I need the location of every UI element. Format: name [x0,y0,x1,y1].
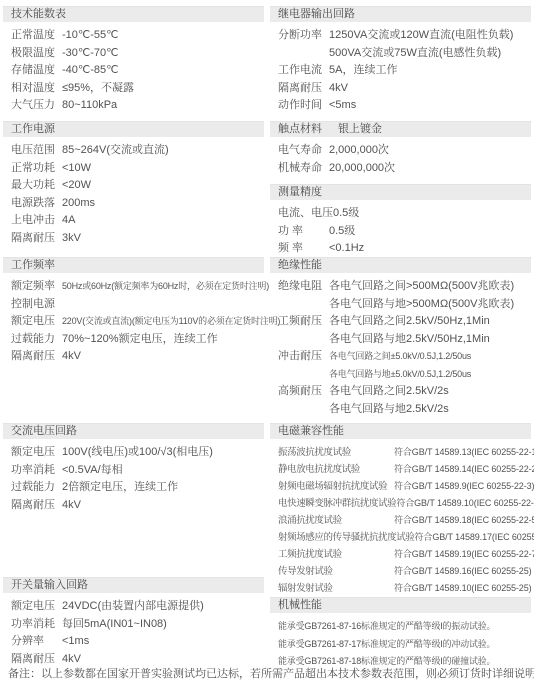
spec-label: 额定电压 [11,444,62,462]
spec-value: <0.5VA/每相 [62,462,123,480]
spec-value: 能承受GB7261-87-17标准规定的严酷等级I的冲动试验。 [278,636,495,654]
spec-label: 动作时间 [278,97,329,115]
section-header: 工作电源 [3,121,264,137]
spec-label: 浪涌抗扰度试验 [278,512,394,529]
spec-label: 工频抗扰度试验 [278,546,394,563]
spec-label: 过载能力 [11,479,62,497]
spec-value: 符合GB/T 14589.17(IEC 60255-22-6) [415,529,534,546]
spec-row: 射频场感应的传导骚扰抗扰度试验符合GB/T 14589.17(IEC 60255… [270,529,531,546]
spec-row: 隔离耐压4kV [3,497,264,515]
spec-value: 符合GB/T 14589.9(IEC 60255-22-3) [394,478,534,495]
spec-row: 浪涌抗扰度试验符合GB/T 14589.18(IEC 60255-22-5) [270,512,531,529]
spec-value: 各电气回路与地2.5kV/2s [329,401,449,419]
section-header: 工作频率 [3,257,264,273]
spec-row: 额定电压220V(交流或直流)(额定电压为110V的必须在定货时注明) [3,313,264,331]
spec-row: 高频耐压各电气回路之间2.5kV/2s [270,383,531,401]
section-header: 电磁兼容性能 [270,423,531,439]
spec-row: 工作电流5A，连续工作 [270,62,531,80]
spec-row: 电气寿命2,000,000次 [270,142,531,160]
spec-label: 隔离耐压 [278,80,329,98]
section-title: 工作电源 [11,122,62,137]
section-title: 触点材料 [278,122,329,137]
spec-label: 额定电压 [11,313,62,331]
section-header: 交流电压回路 [3,423,264,439]
page-note: 备注：以上参数都在国家开普实验测试均已达标，若所需产品超出本技术参数表范围，则必… [8,667,534,681]
spec-label: 电压范围 [11,142,62,160]
spec-label: 分辨率 [11,633,62,651]
spec-label: 隔离耐压 [11,497,62,515]
spec-row: 动作时间<5ms [270,97,531,115]
spec-section: 测量精度电流、电压0.5级功 率0.5级频 率<0.1Hz [270,184,531,258]
section-title: 绝缘性能 [278,258,329,273]
section-title-value: 银上镀金 [338,122,382,137]
spec-value: <1ms [62,633,89,651]
spec-row: 频 率<0.1Hz [270,240,531,258]
spec-label: 高频耐压 [278,383,329,401]
spec-label: 上电冲击 [11,212,62,230]
spec-section: 工作电源电压范围85~264V(交流或直流)正常功耗<10W最大功耗<20W电源… [3,121,264,247]
spec-label: 控制电源 [11,296,62,314]
spec-row: 工频耐压各电气回路之间2.5kV/50Hz,1Min [270,313,531,331]
spec-row: 射频电磁场辐射抗扰度试验符合GB/T 14589.9(IEC 60255-22-… [270,478,531,495]
spec-label: 机械寿命 [278,160,329,178]
section-header: 测量精度 [270,184,531,200]
spec-label: 极限温度 [11,45,62,63]
spec-row: 额定频率50Hz或60Hz(额定频率为60Hz时，必须在定货时注明) [3,278,264,296]
spec-row: 过载能力70%~120%额定电压，连续工作 [3,331,264,349]
spec-value: 80~110kPa [62,97,117,115]
spec-value: 20,000,000次 [329,160,395,178]
spec-row: 电快速瞬变脉冲群抗扰度试验符合GB/T 14589.10(IEC 60255-2… [270,495,531,512]
spec-row: 冲击耐压各电气回路之间±5.0kV/0.5J,1.2/50us [270,348,531,366]
spec-label: 频 率 [278,240,329,258]
spec-row: 功率消耗每回5mA(IN01~IN08) [3,616,264,634]
left-column: 技术能数表正常温度-10℃-55℃极限温度-30℃-70℃存储温度-40℃-85… [3,0,264,686]
section-title: 交流电压回路 [11,424,77,439]
spec-label: 冲击耐压 [278,348,329,366]
spec-value: 4A [62,212,75,230]
section-header: 触点材料银上镀金 [270,121,531,137]
spec-row: 存储温度-40℃-85℃ [3,62,264,80]
spec-row: 极限温度-30℃-70℃ [3,45,264,63]
spec-label: 过载能力 [11,331,62,349]
spec-label: 工作电流 [278,62,329,80]
spec-value: <10W [62,160,91,178]
spec-label: 传导发射试验 [278,563,394,580]
spec-value: 50Hz或60Hz(额定频率为60Hz时，必须在定货时注明) [62,278,269,296]
spec-row: 500VA交流或75W直流(电感性负载) [270,45,531,63]
spec-label: 静电放电抗扰度试验 [278,461,394,478]
section-header: 继电器输出回路 [270,6,531,22]
spec-value: 各电气回路与地2.5kV/50Hz,1Min [329,331,490,349]
spec-row: 隔离耐压4kV [270,80,531,98]
spec-label: 功率消耗 [11,616,62,634]
spec-row: 功率消耗<0.5VA/每相 [3,462,264,480]
spec-row: 正常功耗<10W [3,160,264,178]
spec-value: 符合GB/T 14589.19(IEC 60255-22-7) [394,546,534,563]
spec-value: <20W [62,177,91,195]
spec-section: 触点材料银上镀金电气寿命2,000,000次机械寿命20,000,000次 [270,121,531,177]
spec-row: 隔离耐压3kV [3,230,264,248]
spec-row: 各电气回路与地2.5kV/50Hz,1Min [270,331,531,349]
spec-value: 1250VA交流或120W直流(电阻性负载) [329,27,513,45]
spec-value: 85~264V(交流或直流) [62,142,169,160]
spec-value: 能承受GB7261-87-16标准规定的严酷等级I的振动试验。 [278,618,495,636]
spec-value: -10℃-55℃ [62,27,119,45]
spec-row: 功 率0.5级 [270,223,531,241]
spec-value: 0.5级 [333,205,359,223]
spec-value: ≤95%，不凝露 [62,80,134,98]
spec-label: 电气寿命 [278,142,329,160]
section-title: 电磁兼容性能 [278,424,344,439]
spec-label: 射频电磁场辐射抗扰度试验 [278,478,394,495]
spec-label: 存储温度 [11,62,62,80]
spec-section: 电磁兼容性能振荡波抗扰度试验符合GB/T 14589.13(IEC 60255-… [270,423,531,597]
spec-label: 射频场感应的传导骚扰抗扰度试验 [278,529,415,546]
spec-value: 100V(线电压)或100/√3(相电压) [62,444,213,462]
spec-section: 工作频率额定频率50Hz或60Hz(额定频率为60Hz时，必须在定货时注明)控制… [3,257,264,366]
spec-row: 大气压力80~110kPa [3,97,264,115]
spec-sheet: 技术能数表正常温度-10℃-55℃极限温度-30℃-70℃存储温度-40℃-85… [0,0,534,686]
spec-section: 绝缘性能绝缘电阻各电气回路之间>500MΩ(500V兆欧表)各电气回路与地>50… [270,257,531,418]
section-title: 技术能数表 [11,7,66,22]
spec-row: 电压范围85~264V(交流或直流) [3,142,264,160]
spec-value: 70%~120%额定电压，连续工作 [62,331,218,349]
spec-row: 各电气回路与地±5.0kV/0.5J,1.2/50us [270,366,531,384]
spec-value: 符合GB/T 14589.13(IEC 60255-22-1) [394,444,534,461]
spec-row: 上电冲击4A [3,212,264,230]
spec-row: 控制电源 [3,296,264,314]
section-header: 开关量输入回路 [3,577,264,593]
spec-label: 正常温度 [11,27,62,45]
spec-label: 电快速瞬变脉冲群抗扰度试验 [278,495,396,512]
spec-row: 电源跌落200ms [3,195,264,213]
spec-value: 各电气回路与地±5.0kV/0.5J,1.2/50us [329,366,471,384]
spec-row: 正常温度-10℃-55℃ [3,27,264,45]
spec-label: 最大功耗 [11,177,62,195]
spec-value: 每回5mA(IN01~IN08) [62,616,167,634]
section-title: 机械性能 [278,598,329,613]
spec-label: 功率消耗 [11,462,62,480]
spec-row: 能承受GB7261-87-17标准规定的严酷等级I的冲动试验。 [270,636,531,654]
spec-row: 电流、电压0.5级 [270,205,531,223]
spec-label: 工频耐压 [278,313,329,331]
spec-value: 符合GB/T 14589.14(IEC 60255-22-2) [394,461,534,478]
right-column: 继电器输出回路分断功率1250VA交流或120W直流(电阻性负载)500VA交流… [270,0,531,686]
spec-value: 500VA交流或75W直流(电感性负载) [329,45,501,63]
spec-row: 各电气回路与地>500MΩ(500V兆欧表) [270,296,531,314]
spec-section: 交流电压回路额定电压100V(线电压)或100/√3(相电压)功率消耗<0.5V… [3,423,264,514]
spec-label: 隔离耐压 [11,651,62,669]
spec-label: 辐射发射试验 [278,580,394,597]
spec-value: 4kV [62,651,81,669]
spec-label: 大气压力 [11,97,62,115]
spec-label: 相对温度 [11,80,62,98]
spec-value: 4kV [329,80,348,98]
spec-row: 各电气回路与地2.5kV/2s [270,401,531,419]
spec-label: 绝缘电阻 [278,278,329,296]
spec-label: 电流、电压 [278,205,333,223]
spec-value: <0.1Hz [329,240,364,258]
spec-value: -30℃-70℃ [62,45,119,63]
spec-section: 继电器输出回路分断功率1250VA交流或120W直流(电阻性负载)500VA交流… [270,6,531,115]
section-header: 绝缘性能 [270,257,531,273]
spec-row: 额定电压100V(线电压)或100/√3(相电压) [3,444,264,462]
spec-value: 2倍额定电压，连续工作 [62,479,178,497]
spec-value: 各电气回路之间>500MΩ(500V兆欧表) [329,278,514,296]
spec-label: 电源跌落 [11,195,62,213]
spec-row: 工频抗扰度试验符合GB/T 14589.19(IEC 60255-22-7) [270,546,531,563]
spec-value: 4kV [62,348,81,366]
section-header: 技术能数表 [3,6,264,22]
spec-section: 开关量输入回路额定电压24VDC(由装置内部电源提供)功率消耗每回5mA(IN0… [3,577,264,668]
spec-row: 最大功耗<20W [3,177,264,195]
spec-value: -40℃-85℃ [62,62,119,80]
spec-label: 功 率 [278,223,329,241]
spec-value: 2,000,000次 [329,142,389,160]
spec-row: 隔离耐压4kV [3,348,264,366]
spec-value: 4kV [62,497,81,515]
spec-value: 24VDC(由装置内部电源提供) [62,598,204,616]
spec-section: 技术能数表正常温度-10℃-55℃极限温度-30℃-70℃存储温度-40℃-85… [3,6,264,115]
spec-row: 相对温度≤95%，不凝露 [3,80,264,98]
section-header: 机械性能 [270,597,531,613]
spec-label: 额定频率 [11,278,62,296]
spec-label: 隔离耐压 [11,230,62,248]
spec-row: 机械寿命20,000,000次 [270,160,531,178]
spec-value: 5A，连续工作 [329,62,397,80]
spec-row: 额定电压24VDC(由装置内部电源提供) [3,598,264,616]
spec-value: 各电气回路之间±5.0kV/0.5J,1.2/50us [329,348,471,366]
spec-value: 符合GB/T 14589.18(IEC 60255-22-5) [394,512,534,529]
spec-value: 220V(交流或直流)(额定电压为110V的必须在定货时注明) [62,313,280,331]
spec-value: 各电气回路之间2.5kV/50Hz,1Min [329,313,490,331]
spec-value: <5ms [329,97,356,115]
spec-value: 各电气回路与地>500MΩ(500V兆欧表) [329,296,514,314]
spec-label: 额定电压 [11,598,62,616]
spec-value: 200ms [62,195,95,213]
spec-row: 辐射发射试验符合GB/T 14589.10(IEC 60255-25) [270,580,531,597]
spec-row: 绝缘电阻各电气回路之间>500MΩ(500V兆欧表) [270,278,531,296]
spec-row: 分断功率1250VA交流或120W直流(电阻性负载) [270,27,531,45]
spec-value: 符合GB/T 14589.10(IEC 60255-22-4) [396,495,534,512]
spec-value: 符合GB/T 14589.16(IEC 60255-25) [394,563,532,580]
spec-row: 过载能力2倍额定电压，连续工作 [3,479,264,497]
spec-row: 能承受GB7261-87-16标准规定的严酷等级I的振动试验。 [270,618,531,636]
spec-label: 隔离耐压 [11,348,62,366]
section-title: 继电器输出回路 [278,7,355,22]
section-title: 测量精度 [278,185,329,200]
section-title: 开关量输入回路 [11,578,88,593]
section-title: 工作频率 [11,258,62,273]
spec-value: 各电气回路之间2.5kV/2s [329,383,449,401]
spec-row: 振荡波抗扰度试验符合GB/T 14589.13(IEC 60255-22-1) [270,444,531,461]
spec-row: 静电放电抗扰度试验符合GB/T 14589.14(IEC 60255-22-2) [270,461,531,478]
spec-row: 传导发射试验符合GB/T 14589.16(IEC 60255-25) [270,563,531,580]
spec-row: 分辨率<1ms [3,633,264,651]
spec-value: 符合GB/T 14589.10(IEC 60255-25) [394,580,532,597]
spec-section: 机械性能能承受GB7261-87-16标准规定的严酷等级I的振动试验。能承受GB… [270,597,531,671]
spec-label: 振荡波抗扰度试验 [278,444,394,461]
spec-row: 隔离耐压4kV [3,651,264,669]
spec-value: 3kV [62,230,81,248]
spec-label: 分断功率 [278,27,329,45]
spec-value: 0.5级 [329,223,355,241]
spec-label: 正常功耗 [11,160,62,178]
